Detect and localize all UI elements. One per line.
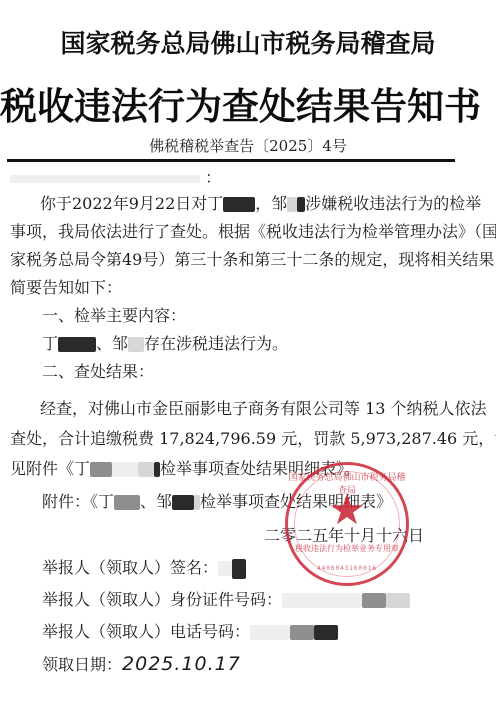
para1-line4: 简要告知如下：: [10, 274, 122, 302]
redacted-signature: [232, 559, 246, 579]
redacted-phone: [250, 625, 290, 640]
redacted-name: [172, 495, 194, 510]
text: 你于2022年9月22日对丁: [40, 194, 223, 213]
section1-content: 丁、邹存在涉税违法行为。: [42, 330, 288, 358]
redacted-name: [90, 462, 112, 477]
text: 存在涉税违法行为。: [144, 334, 288, 353]
text: 丁: [42, 334, 58, 353]
signature-field: 举报人（领取人）签名：: [42, 554, 246, 582]
header-divider: [7, 159, 455, 162]
text: 附件：《丁: [42, 492, 114, 511]
text: 、邹: [96, 334, 128, 353]
id-label: 举报人（领取人）身份证件号码：: [42, 590, 282, 609]
redacted-name: [112, 462, 138, 477]
redacted-name: [114, 495, 140, 510]
id-number-field: 举报人（领取人）身份证件号码：: [42, 586, 410, 614]
section2-heading: 二、查处结果：: [42, 358, 154, 386]
redacted-name: [128, 337, 144, 352]
issuing-organization: 国家税务总局佛山市税务局稽查局: [0, 24, 496, 60]
phone-field: 举报人（领取人）电话号码：: [42, 618, 338, 646]
text: ，邹: [255, 194, 287, 213]
result-line2: 查处，合计追缴税费 17,824,796.59 元，罚款 5,973,287.4…: [10, 425, 496, 453]
para1-line3: 家税务总局令第49号）第三十条和第三十二条的规定，现将相关结果: [10, 246, 494, 274]
document-number: 佛税稽税举查告〔2025〕4号: [0, 135, 496, 156]
salutation-colon: ：: [205, 168, 221, 187]
receipt-date-field: 领取日期：2025.10.17: [42, 650, 241, 679]
text: 涉嫌税收违法行为的检举: [305, 194, 481, 213]
redacted-id: [362, 593, 386, 608]
section1-heading: 一、检举主要内容：: [42, 302, 186, 330]
redacted-name: [58, 337, 96, 352]
official-seal: 国家税务总局佛山市税务局稽查局 ★ 税收违法行为检举业务专用章 44060431…: [285, 462, 409, 586]
para1-line1: 你于2022年9月22日对丁，邹涉嫌税收违法行为的检举: [40, 190, 481, 218]
redacted-recipient: [10, 175, 200, 183]
salutation: ：: [10, 164, 221, 192]
seal-bottom-text: 税收违法行为检举业务专用章: [288, 543, 406, 554]
phone-label: 举报人（领取人）电话号码：: [42, 622, 250, 641]
redacted-phone: [314, 625, 338, 640]
redacted-phone: [290, 625, 314, 640]
signature-label: 举报人（领取人）签名：: [42, 558, 218, 577]
receipt-date-label: 领取日期：: [42, 655, 122, 674]
redacted-signature: [218, 561, 232, 576]
seal-code: 4406043160016: [288, 565, 406, 572]
redacted-name: [223, 197, 255, 212]
redacted-id: [386, 593, 410, 608]
star-icon: ★: [288, 489, 406, 531]
redacted-name: [138, 462, 154, 477]
result-line1: 经查，对佛山市金臣丽影电子商务有限公司等 13 个纳税人依法: [40, 395, 487, 423]
para1-line2: 事项，我局依法进行了查处。根据《税收违法行为检举管理办法》（国: [10, 218, 496, 246]
redacted-id: [282, 593, 362, 608]
text: 见附件《丁: [10, 459, 90, 478]
document-title: 税收违法行为查处结果告知书: [0, 76, 480, 130]
receipt-date-handwritten: 2025.10.17: [122, 653, 241, 675]
redacted-name: [287, 197, 297, 212]
text: 、邹: [140, 492, 172, 511]
